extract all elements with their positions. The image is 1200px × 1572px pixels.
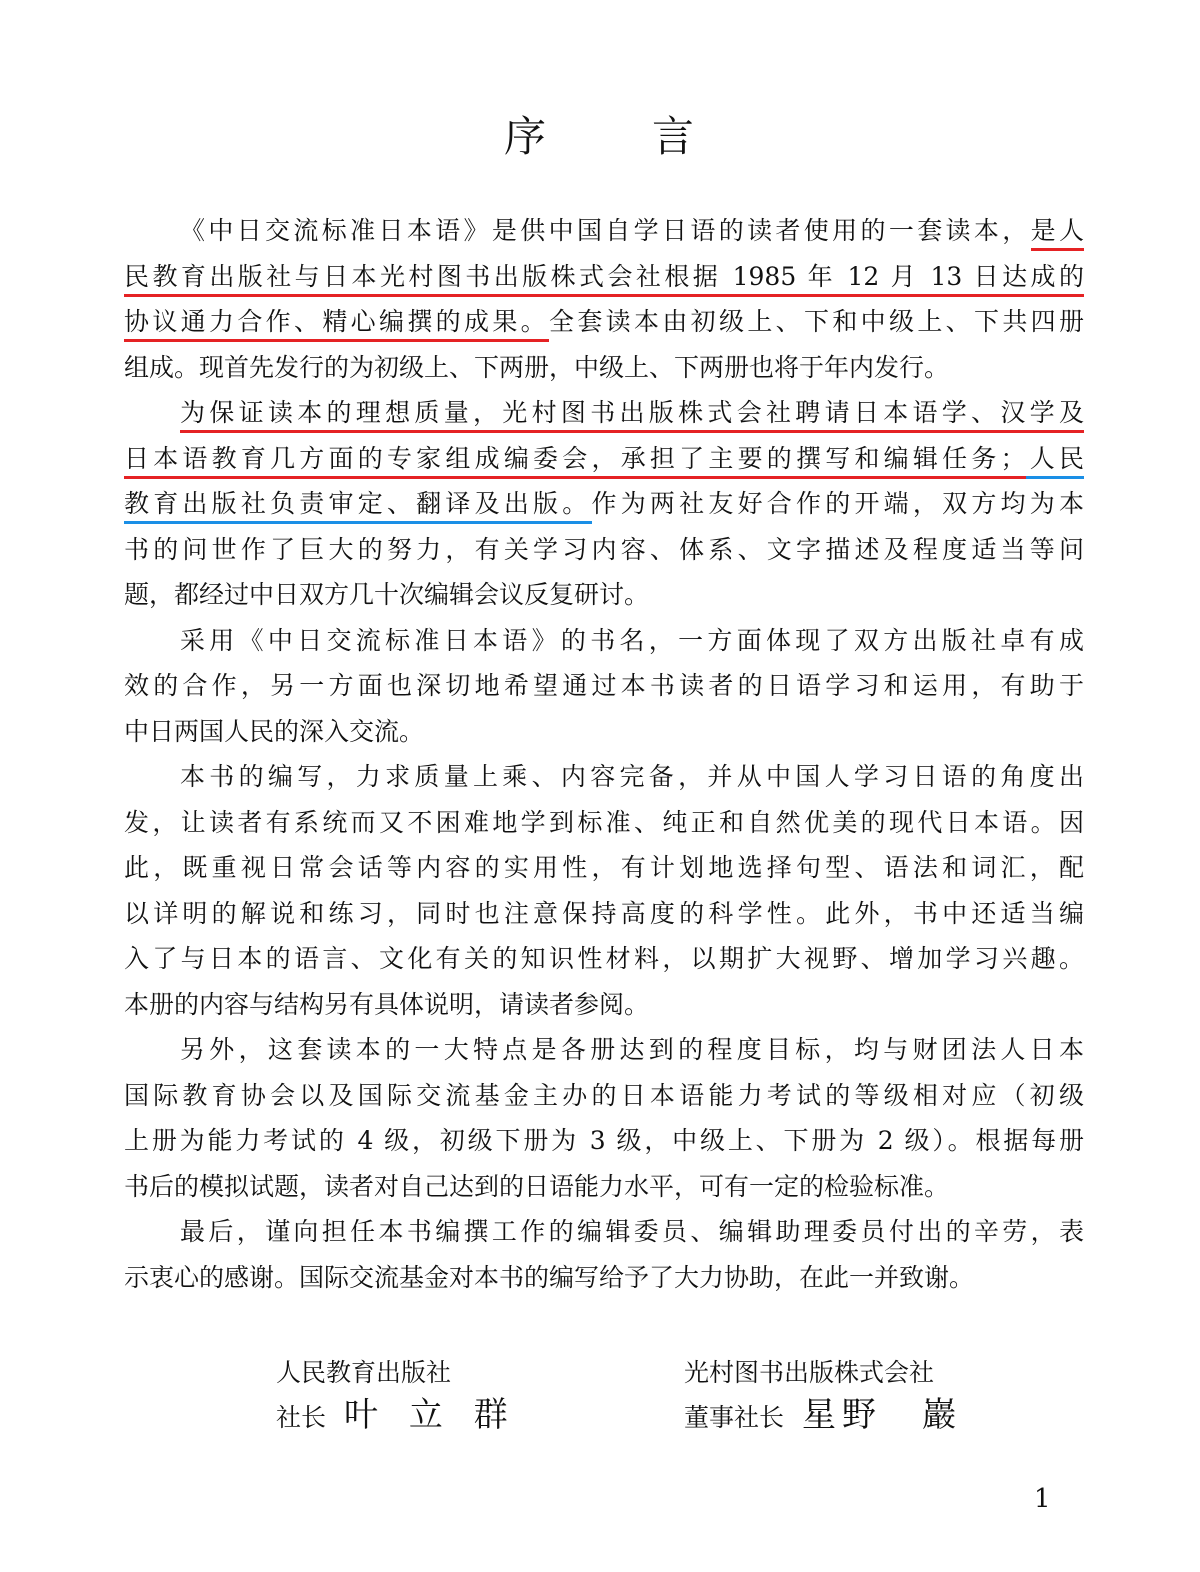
paragraph: 为保证读本的理想质量，光村图书出版株式会社聘请日本语学、汉学及日本语教育几方面的… <box>124 390 1084 618</box>
text-line: 书的问世作了巨大的努力，有关学习内容、体系、文字描述及程度适当等问 <box>124 527 1084 573</box>
text-segment: 发，让读者有系统而又不困难地学到标准、纯正和自然优美的现代日本语。因 <box>124 808 1084 837</box>
text-line: 另外，这套读本的一大特点是各册达到的程度目标，均与财团法人日本 <box>124 1027 1084 1073</box>
paragraph: 另外，这套读本的一大特点是各册达到的程度目标，均与财团法人日本国际教育协会以及国… <box>124 1027 1084 1209</box>
text-line: 《中日交流标准日本语》是供中国自学日语的读者使用的一套读本，是人 <box>124 208 1084 254</box>
text-line: 发，让读者有系统而又不困难地学到标准、纯正和自然优美的现代日本语。因 <box>124 800 1084 846</box>
text-segment: 题，都经过中日双方几十次编辑会议反复研讨。 <box>124 580 649 609</box>
text-line: 最后，谨向担任本书编撰工作的编辑委员、编辑助理委员付出的辛劳，表 <box>124 1209 1084 1255</box>
paragraph: 最后，谨向担任本书编撰工作的编辑委员、编辑助理委员付出的辛劳，表示衷心的感谢。国… <box>124 1209 1084 1300</box>
preface-body: 《中日交流标准日本语》是供中国自学日语的读者使用的一套读本，是人民教育出版社与日… <box>124 208 1084 1300</box>
page-title: 序言 <box>0 104 1200 164</box>
text-line: 效的合作，另一方面也深切地希望通过本书读者的日语学习和运用，有助于 <box>124 663 1084 709</box>
text-segment: 《中日交流标准日本语》是供中国自学日语的读者使用的一套读本， <box>180 216 1031 245</box>
title-char-1: 序 <box>504 104 548 164</box>
text-segment: 此，既重视日常会话等内容的实用性，有计划地选择句型、语法和词汇，配 <box>124 853 1084 882</box>
signature-left: 人民教育出版社 社长叶 立 群 <box>276 1352 518 1439</box>
signature-right-name: 星野 巖 <box>802 1395 962 1435</box>
red-underline-annotation: 日本语教育几方面的专家组成编委会，承担了主要的撰写和编辑任务； <box>124 444 1026 479</box>
text-line: 为保证读本的理想质量，光村图书出版株式会社聘请日本语学、汉学及 <box>124 390 1084 436</box>
text-line: 本册的内容与结构另有具体说明，请读者参阅。 <box>124 982 1084 1028</box>
text-line: 国际教育协会以及国际交流基金主办的日本语能力考试的等级相对应（初级 <box>124 1073 1084 1119</box>
text-line: 日本语教育几方面的专家组成编委会，承担了主要的撰写和编辑任务；人民 <box>124 436 1084 482</box>
paragraph: 采用《中日交流标准日本语》的书名，一方面体现了双方出版社卓有成效的合作，另一方面… <box>124 618 1084 755</box>
text-line: 协议通力合作、精心编撰的成果。全套读本由初级上、下和中级上、下共四册 <box>124 299 1084 345</box>
text-line: 书后的模拟试题，读者对自己达到的日语能力水平，可有一定的检验标准。 <box>124 1164 1084 1210</box>
text-line: 题，都经过中日双方几十次编辑会议反复研讨。 <box>124 572 1084 618</box>
blue-underline-annotation: 教育出版社负责审定、翻译及出版。 <box>124 489 592 524</box>
text-segment: 示衷心的感谢。国际交流基金对本书的编写给予了大力协助，在此一并致谢。 <box>124 1263 974 1292</box>
text-segment: 入了与日本的语言、文化有关的知识性材料，以期扩大视野、增加学习兴趣。 <box>124 944 1084 973</box>
red-underline-annotation: 为保证读本的理想质量，光村图书出版株式会社聘请日本语学、汉学及 <box>180 398 1084 433</box>
red-underline-annotation: 民教育出版社与日本光村图书出版株式会社根据 1985 年 12 月 13 日达成… <box>124 262 1084 297</box>
page-number: 1 <box>1034 1484 1051 1514</box>
text-line: 入了与日本的语言、文化有关的知识性材料，以期扩大视野、增加学习兴趣。 <box>124 936 1084 982</box>
title-char-2: 言 <box>652 104 696 164</box>
signature-left-role: 社长 <box>276 1403 326 1432</box>
text-segment: 组成。现首先发行的为初级上、下两册，中级上、下两册也将于年内发行。 <box>124 353 949 382</box>
text-segment: 国际教育协会以及国际交流基金主办的日本语能力考试的等级相对应（初级 <box>124 1081 1084 1110</box>
text-segment: 书后的模拟试题，读者对自己达到的日语能力水平，可有一定的检验标准。 <box>124 1172 949 1201</box>
blue-underline-annotation: 人民 <box>1026 444 1084 479</box>
text-segment: 采用《中日交流标准日本语》的书名，一方面体现了双方出版社卓有成 <box>180 626 1084 655</box>
signature-right-role: 董事社长 <box>684 1403 784 1432</box>
text-line: 教育出版社负责审定、翻译及出版。作为两社友好合作的开端，双方均为本 <box>124 481 1084 527</box>
signature-right-org: 光村图书出版株式会社 <box>684 1352 962 1394</box>
text-line: 上册为能力考试的 4 级，初级下册为 3 级，中级上、下册为 2 级）。根据每册 <box>124 1118 1084 1164</box>
red-underline-annotation: 协议通力合作、精心编撰的成果。 <box>124 307 549 342</box>
text-segment: 本册的内容与结构另有具体说明，请读者参阅。 <box>124 990 649 1019</box>
signature-right: 光村图书出版株式会社 董事社长星野 巖 <box>684 1352 962 1439</box>
text-line: 采用《中日交流标准日本语》的书名，一方面体现了双方出版社卓有成 <box>124 618 1084 664</box>
red-underline-annotation: 是人 <box>1031 216 1084 251</box>
text-segment: 以详明的解说和练习，同时也注意保持高度的科学性。此外，书中还适当编 <box>124 899 1084 928</box>
text-line: 中日两国人民的深入交流。 <box>124 709 1084 755</box>
text-segment: 效的合作，另一方面也深切地希望通过本书读者的日语学习和运用，有助于 <box>124 671 1084 700</box>
text-line: 组成。现首先发行的为初级上、下两册，中级上、下两册也将于年内发行。 <box>124 345 1084 391</box>
text-segment: 另外，这套读本的一大特点是各册达到的程度目标，均与财团法人日本 <box>180 1035 1084 1064</box>
text-segment: 作为两社友好合作的开端，双方均为本 <box>592 489 1085 518</box>
text-line: 示衷心的感谢。国际交流基金对本书的编写给予了大力协助，在此一并致谢。 <box>124 1255 1084 1301</box>
text-line: 此，既重视日常会话等内容的实用性，有计划地选择句型、语法和词汇，配 <box>124 845 1084 891</box>
text-segment: 上册为能力考试的 4 级，初级下册为 3 级，中级上、下册为 2 级）。根据每册 <box>124 1126 1084 1155</box>
paragraph: 本书的编写，力求质量上乘、内容完备，并从中国人学习日语的角度出发，让读者有系统而… <box>124 754 1084 1027</box>
text-segment: 全套读本由初级上、下和中级上、下共四册 <box>549 307 1084 336</box>
paragraph: 《中日交流标准日本语》是供中国自学日语的读者使用的一套读本，是人民教育出版社与日… <box>124 208 1084 390</box>
signature-left-org: 人民教育出版社 <box>276 1352 518 1394</box>
signature-left-name: 叶 立 群 <box>344 1395 518 1435</box>
text-segment: 最后，谨向担任本书编撰工作的编辑委员、编辑助理委员付出的辛劳，表 <box>180 1217 1084 1246</box>
text-line: 民教育出版社与日本光村图书出版株式会社根据 1985 年 12 月 13 日达成… <box>124 254 1084 300</box>
text-segment: 本书的编写，力求质量上乘、内容完备，并从中国人学习日语的角度出 <box>180 762 1084 791</box>
text-segment: 书的问世作了巨大的努力，有关学习内容、体系、文字描述及程度适当等问 <box>124 535 1084 564</box>
text-line: 以详明的解说和练习，同时也注意保持高度的科学性。此外，书中还适当编 <box>124 891 1084 937</box>
text-segment: 中日两国人民的深入交流。 <box>124 717 424 746</box>
text-line: 本书的编写，力求质量上乘、内容完备，并从中国人学习日语的角度出 <box>124 754 1084 800</box>
